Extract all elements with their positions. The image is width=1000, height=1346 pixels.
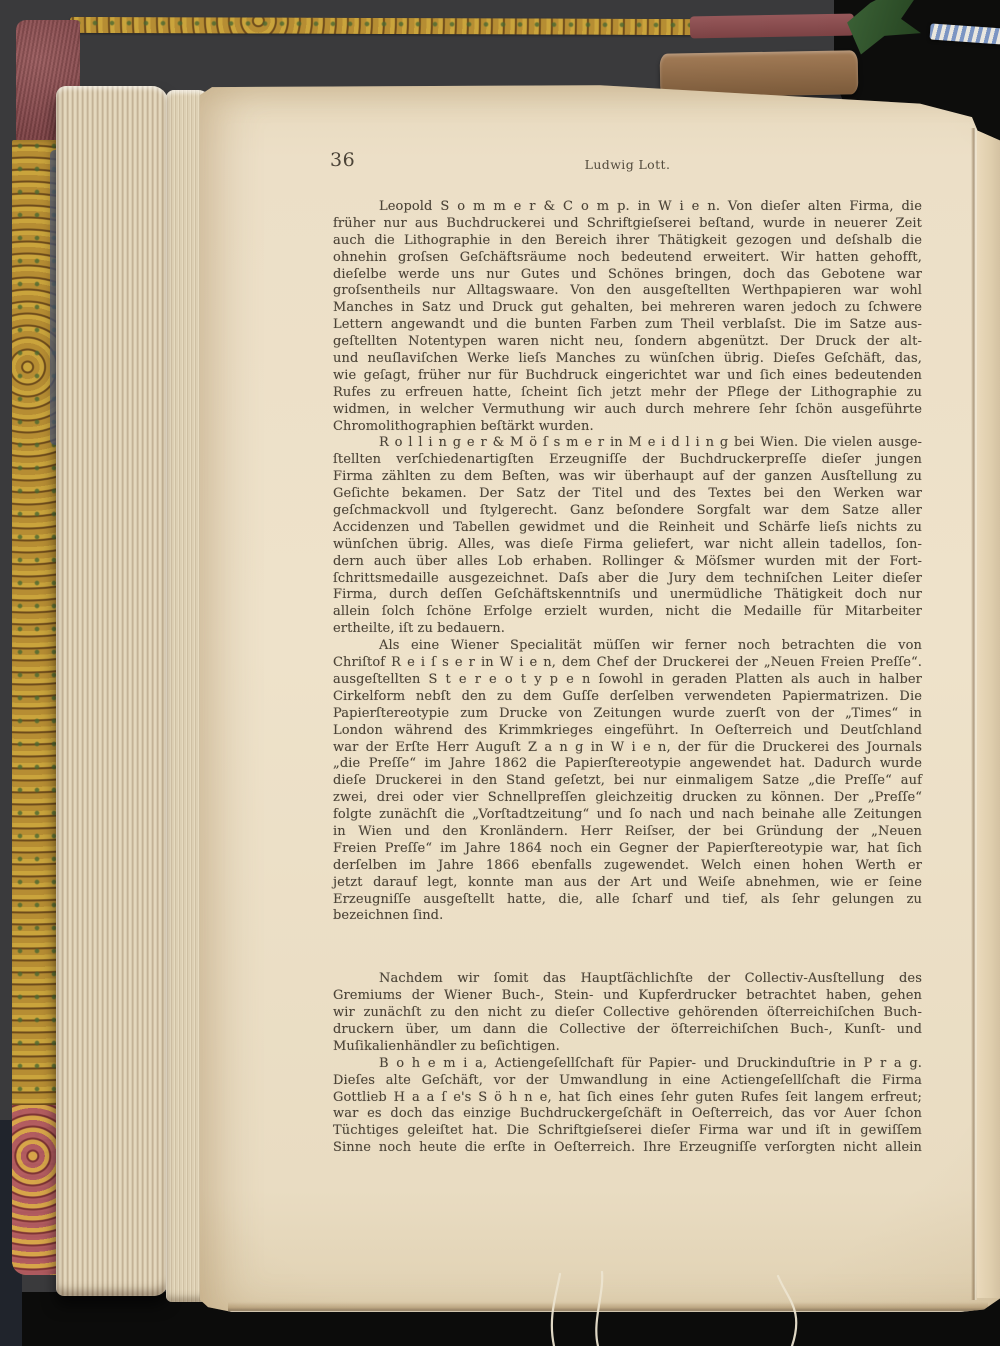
- text-line: Nachdem wir ſomit das Hauptſächlichſte d…: [333, 971, 922, 988]
- text-line: London während des Krimmkrieges eingefüh…: [333, 723, 922, 740]
- text-line: Sinne noch heute die erſte in Oeſterreic…: [333, 1140, 922, 1157]
- text-line: Firma, durch deſſen Geſchäftskenntniſs u…: [333, 587, 922, 604]
- text-line: widmen, in welcher Vermuthung wir auch d…: [333, 402, 922, 419]
- text-line: Muſikalienhändler zu beſichtigen.: [333, 1039, 922, 1056]
- text-line: groſsentheils nur Alltagswaare. Von den …: [333, 283, 922, 300]
- paragraph: Als eine Wiener Specialität müſſen wir f…: [333, 638, 922, 925]
- printed-content: 36 Ludwig Lott. Leopold S o m m e r & C …: [0, 0, 1000, 1346]
- body-text: Leopold S o m m e r & C o m p. in W i e …: [333, 199, 922, 1157]
- text-line: Papierſtereotypie zum Drucke von Zeitung…: [333, 706, 922, 723]
- text-line: wünſchen übrig. Alles, was dieſe Firma g…: [333, 537, 922, 554]
- text-line: wir zunächſt zu den nicht zu dieſer Coll…: [333, 1005, 922, 1022]
- text-line: Chromolithographien beſtärkt wurden.: [333, 419, 922, 436]
- text-line: „die Preſſe“ im Jahre 1862 die Papierſte…: [333, 756, 922, 773]
- text-line: geſtellten Notentypen waren nicht neu, ſ…: [333, 334, 922, 351]
- text-line: ertheilte, iſt zu bedauern.: [333, 621, 922, 638]
- paragraph: B o h e m i a, Actiengeſellſchaft für Pa…: [333, 1056, 922, 1157]
- text-line: Leopold S o m m e r & C o m p. in W i e …: [333, 199, 922, 216]
- text-line: war der Erſte Herr Auguſt Z a n g in W i…: [333, 740, 922, 757]
- text-line: Erzeugniſſe ausgeſtellt hatte, die, alle…: [333, 892, 922, 909]
- text-line: ausgeſtellten S t e r e o t y p e n ſowo…: [333, 672, 922, 689]
- text-line: und neuſlaviſchen Werke lieſs Manches zu…: [333, 351, 922, 368]
- text-line: allein ſolch ſchöne Erfolge erzielt wurd…: [333, 604, 922, 621]
- text-line: Freien Preſſe“ im Jahre 1864 noch ein Ge…: [333, 841, 922, 858]
- text-line: druckern über, um dann die Collective de…: [333, 1022, 922, 1039]
- text-line: Cirkelform nebſt den zu dem Guſſe derſel…: [333, 689, 922, 706]
- paragraph: Nachdem wir ſomit das Hauptſächlichſte d…: [333, 971, 922, 1055]
- text-line: Lettern angewandt und die bunten Farben …: [333, 317, 922, 334]
- text-line: Als eine Wiener Specialität müſſen wir f…: [333, 638, 922, 655]
- text-line: dern auch über alles Lob erhaben. Rollin…: [333, 554, 922, 571]
- text-line: früher nur aus Buchdruckerei und Schrift…: [333, 216, 922, 233]
- text-line: dieſelbe werde uns nur Gutes und Schönes…: [333, 267, 922, 284]
- paragraph: Leopold S o m m e r & C o m p. in W i e …: [333, 199, 922, 435]
- text-line: ſchrittsmedaille ausgezeichnet. Daſs abe…: [333, 571, 922, 588]
- text-line: folgte zunächſt die „Vorſtadtzeitung“ un…: [333, 807, 922, 824]
- text-line: Firma zählten zu dem Beſten, was wir übe…: [333, 469, 922, 486]
- text-line: zwei, drei oder vier Schnellpreſſen glei…: [333, 790, 922, 807]
- text-line: derſelben im Jahre 1866 ebenfalls zugewe…: [333, 858, 922, 875]
- running-header: Ludwig Lott.: [333, 157, 922, 172]
- text-line: bezeichnen ſind.: [333, 908, 922, 925]
- text-line: war es doch das einzige Buchdruckergeſch…: [333, 1106, 922, 1123]
- text-line: Chriſtof R e i ſ s e r in W i e n, dem C…: [333, 655, 922, 672]
- text-line: wie geſagt, früher nur für Buchdruck ein…: [333, 368, 922, 385]
- text-line: in Wien und den Kronländern. Herr Reiſse…: [333, 824, 922, 841]
- text-line: ohnehin groſsen Geſchäftsräume noch bede…: [333, 250, 922, 267]
- book-photograph: 36 Ludwig Lott. Leopold S o m m e r & C …: [0, 0, 1000, 1346]
- text-line: R o l l i n g e r & M ö ſ s m e r in M e…: [333, 435, 922, 452]
- text-line: Dieſes alte Geſchäft, vor der Umwandlung…: [333, 1073, 922, 1090]
- text-line: Gottlieb H a a ſ e's S ö h n e, hat ſich…: [333, 1090, 922, 1107]
- text-line: geſchmackvoll und ſtylgerecht. Ganz beſo…: [333, 503, 922, 520]
- text-line: auch die Lithographie in den Bereich ihr…: [333, 233, 922, 250]
- text-line: dieſe Druckerei in den Stand geſetzt, be…: [333, 773, 922, 790]
- text-line: B o h e m i a, Actiengeſellſchaft für Pa…: [333, 1056, 922, 1073]
- text-line: Rufes zu erfreuen hatte, ſcheint ſich je…: [333, 385, 922, 402]
- text-line: Manches in Satz und Druck gut gehalten, …: [333, 300, 922, 317]
- text-line: jetzt darauf legt, konnte man aus der Ar…: [333, 875, 922, 892]
- text-line: Accidenzen und Tabellen gewidmet und die…: [333, 520, 922, 537]
- paragraph: R o l l i n g e r & M ö ſ s m e r in M e…: [333, 435, 922, 638]
- text-line: Tüchtiges geleiſtet hat. Die Schriftgieſ…: [333, 1123, 922, 1140]
- text-line: Geſichte bekamen. Der Satz der Titel und…: [333, 486, 922, 503]
- text-line: ſtellten verſchiedenartigſten Erzeugniſſ…: [333, 452, 922, 469]
- text-line: Gremiums der Wiener Buch-, Stein- und Ku…: [333, 988, 922, 1005]
